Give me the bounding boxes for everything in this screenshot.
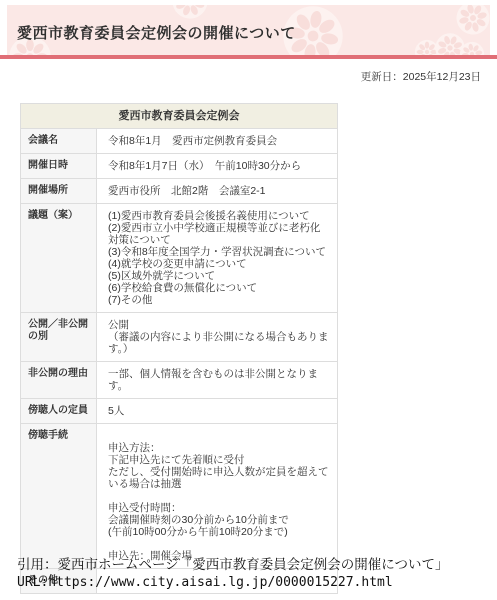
row-value: 5人 [97,399,338,424]
page-title: 愛西市教育委員会定例会の開催について [17,22,296,43]
row-value: 愛西市役所 北館2階 会議室2-1 [97,179,338,204]
citation-url: URL:https://www.city.aisai.lg.jp/0000015… [17,574,448,592]
row-private-reason: 非公開の理由 一部、個人情報を含むものは非公開となります。 [21,362,338,399]
row-value: (1)愛西市教育委員会後援名義使用について (2)愛西市立小中学校適正規模等並び… [97,204,338,313]
row-observer-capacity: 傍聴人の定員 5人 [21,399,338,424]
row-label: 議題（案） [21,204,97,313]
row-label: 非公開の理由 [21,362,97,399]
table-caption: 愛西市教育委員会定例会 [21,104,338,129]
citation-text: 引用：愛西市ホームページ「愛西市教育委員会定例会の開催について」 [17,556,448,574]
row-agenda: 議題（案） (1)愛西市教育委員会後援名義使用について (2)愛西市立小中学校適… [21,204,338,313]
row-venue: 開催場所 愛西市役所 北館2階 会議室2-1 [21,179,338,204]
row-public-private: 公開／非公開の別 公開 （審議の内容により非公開になる場合もあります。） [21,313,338,362]
meeting-info-table: 愛西市教育委員会定例会 会議名 令和8年1月 愛西市定例教育委員会 開催日時 令… [20,103,338,594]
row-label: 公開／非公開の別 [21,313,97,362]
row-label: 開催場所 [21,179,97,204]
header-divider-bar [0,55,497,59]
row-value: 令和8年1月7日（水） 午前10時30分から [97,154,338,179]
row-label: 傍聴手続 [21,424,97,569]
page-header: 愛西市教育委員会定例会の開催について [7,5,490,55]
updated-date: 更新日：2025年12月23日 [361,69,481,84]
row-value: 令和8年1月 愛西市定例教育委員会 [97,129,338,154]
row-date-time: 開催日時 令和8年1月7日（水） 午前10時30分から [21,154,338,179]
row-value: 一部、個人情報を含むものは非公開となります。 [97,362,338,399]
table-caption-row: 愛西市教育委員会定例会 [21,104,338,129]
row-label: 傍聴人の定員 [21,399,97,424]
row-value: 公開 （審議の内容により非公開になる場合もあります。） [97,313,338,362]
citation-footer: 引用：愛西市ホームページ「愛西市教育委員会定例会の開催について」 URL:htt… [17,556,448,592]
row-label: 会議名 [21,129,97,154]
row-observation-procedure: 傍聴手続 申込方法： 下記申込先にて先着順に受付 ただし、受付開始時に申込人数が… [21,424,338,569]
row-label: 開催日時 [21,154,97,179]
lotus-icon [453,5,490,38]
row-meeting-name: 会議名 令和8年1月 愛西市定例教育委員会 [21,129,338,154]
row-value: 申込方法： 下記申込先にて先着順に受付 ただし、受付開始時に申込人数が定員を超え… [97,424,338,569]
lotus-icon [167,5,212,24]
